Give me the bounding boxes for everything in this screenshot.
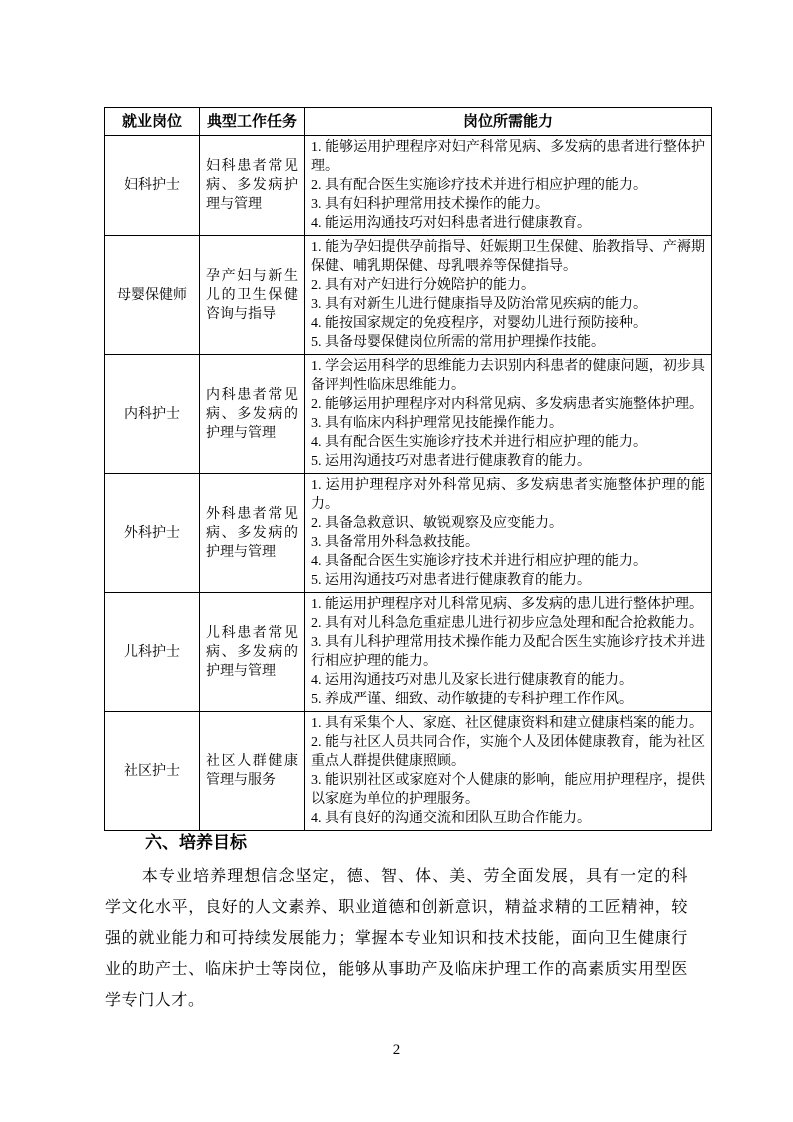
task-cell: 孕产妇与新生儿的卫生保健咨询与指导	[200, 236, 305, 355]
ability-item: 4. 能运用沟通技巧对妇科患者进行健康教育。	[311, 214, 705, 233]
position-cell: 外科护士	[105, 474, 200, 593]
column-header-position: 就业岗位	[105, 108, 200, 136]
ability-item: 2. 具有对儿科急危重症患儿进行初步应急处理和配合抢救能力。	[311, 614, 705, 633]
column-header-abilities: 岗位所需能力	[305, 108, 712, 136]
table-row: 妇科护士 妇科患者常见病、多发病护理与管理 1. 能够运用护理程序对妇产科常见病…	[105, 136, 712, 236]
abilities-cell: 1. 学会运用科学的思维能力去识别内科患者的健康问题，初步具备评判性临床思维能力…	[305, 355, 712, 474]
document-page: 就业岗位 典型工作任务 岗位所需能力 妇科护士 妇科患者常见病、多发病护理与管理…	[0, 0, 793, 1122]
position-cell: 内科护士	[105, 355, 200, 474]
training-objectives-paragraph: 本专业培养理想信念坚定，德、智、体、美、劳全面发展，具有一定的科学文化水平，良好…	[105, 861, 688, 1016]
ability-item: 1. 能够运用护理程序对妇产科常见病、多发病的患者进行整体护理。	[311, 138, 705, 176]
ability-item: 3. 具有儿科护理常用技术操作能力及配合医生实施诊疗技术并进行相应护理的能力。	[311, 633, 705, 671]
ability-item: 3. 具有临床内科护理常见技能操作能力。	[311, 414, 705, 433]
ability-item: 2. 具有配合医生实施诊疗技术并进行相应护理的能力。	[311, 176, 705, 195]
ability-item: 5. 运用沟通技巧对患者进行健康教育的能力。	[311, 452, 705, 471]
ability-item: 3. 具有妇科护理常用技术操作的能力。	[311, 195, 705, 214]
table-row: 外科护士 外科患者常见病、多发病的护理与管理 1. 运用护理程序对外科常见病、多…	[105, 474, 712, 593]
ability-item: 3. 具备常用外科急救技能。	[311, 533, 705, 552]
task-cell: 儿科患者常见病、多发病的护理与管理	[200, 593, 305, 712]
ability-item: 2. 具备急救意识、敏锐观察及应变能力。	[311, 514, 705, 533]
task-cell: 内科患者常见病、多发病的护理与管理	[200, 355, 305, 474]
table-row: 社区护士 社区人群健康管理与服务 1. 具有采集个人、家庭、社区健康资料和建立健…	[105, 712, 712, 831]
page-number: 2	[0, 1042, 793, 1059]
ability-item: 3. 具有对新生儿进行健康指导及防治常见疾病的能力。	[311, 295, 705, 314]
abilities-cell: 1. 具有采集个人、家庭、社区健康资料和建立健康档案的能力。 2. 能与社区人员…	[305, 712, 712, 831]
ability-item: 4. 运用沟通技巧对患儿及家长进行健康教育的能力。	[311, 671, 705, 690]
ability-item: 2. 具有对产妇进行分娩陪护的能力。	[311, 276, 705, 295]
task-cell: 社区人群健康管理与服务	[200, 712, 305, 831]
position-cell: 儿科护士	[105, 593, 200, 712]
employment-positions-table: 就业岗位 典型工作任务 岗位所需能力 妇科护士 妇科患者常见病、多发病护理与管理…	[104, 107, 712, 831]
table-header-row: 就业岗位 典型工作任务 岗位所需能力	[105, 108, 712, 136]
ability-item: 1. 能运用护理程序对儿科常见病、多发病的患儿进行整体护理。	[311, 595, 705, 614]
table-row: 儿科护士 儿科患者常见病、多发病的护理与管理 1. 能运用护理程序对儿科常见病、…	[105, 593, 712, 712]
ability-item: 3. 能识别社区或家庭对个人健康的影响，能应用护理程序，提供以家庭为单位的护理服…	[311, 771, 705, 809]
position-cell: 母婴保健师	[105, 236, 200, 355]
section-heading: 六、培养目标	[145, 831, 247, 855]
task-cell: 外科患者常见病、多发病的护理与管理	[200, 474, 305, 593]
ability-item: 2. 能与社区人员共同合作，实施个人及团体健康教育，能为社区重点人群提供健康照顾…	[311, 733, 705, 771]
ability-item: 4. 具有良好的沟通交流和团队互助合作能力。	[311, 809, 705, 828]
ability-item: 4. 具备配合医生实施诊疗技术并进行相应护理的能力。	[311, 552, 705, 571]
abilities-cell: 1. 能运用护理程序对儿科常见病、多发病的患儿进行整体护理。 2. 具有对儿科急…	[305, 593, 712, 712]
ability-item: 5. 运用沟通技巧对患者进行健康教育的能力。	[311, 571, 705, 590]
ability-item: 1. 学会运用科学的思维能力去识别内科患者的健康问题，初步具备评判性临床思维能力…	[311, 357, 705, 395]
position-cell: 妇科护士	[105, 136, 200, 236]
ability-item: 4. 能按国家规定的免疫程序，对婴幼儿进行预防接种。	[311, 314, 705, 333]
position-cell: 社区护士	[105, 712, 200, 831]
ability-item: 1. 具有采集个人、家庭、社区健康资料和建立健康档案的能力。	[311, 714, 705, 733]
task-cell: 妇科患者常见病、多发病护理与管理	[200, 136, 305, 236]
table-row: 内科护士 内科患者常见病、多发病的护理与管理 1. 学会运用科学的思维能力去识别…	[105, 355, 712, 474]
ability-item: 2. 能够运用护理程序对内科常见病、多发病患者实施整体护理。	[311, 395, 705, 414]
abilities-cell: 1. 能够运用护理程序对妇产科常见病、多发病的患者进行整体护理。 2. 具有配合…	[305, 136, 712, 236]
column-header-task: 典型工作任务	[200, 108, 305, 136]
ability-item: 1. 能为孕妇提供孕前指导、妊娠期卫生保健、胎教指导、产褥期保健、哺乳期保健、母…	[311, 238, 705, 276]
ability-item: 5. 养成严谨、细致、动作敏捷的专科护理工作作风。	[311, 690, 705, 709]
ability-item: 1. 运用护理程序对外科常见病、多发病患者实施整体护理的能力。	[311, 476, 705, 514]
ability-item: 5. 具备母婴保健岗位所需的常用护理操作技能。	[311, 333, 705, 352]
ability-item: 4. 具有配合医生实施诊疗技术并进行相应护理的能力。	[311, 433, 705, 452]
abilities-cell: 1. 能为孕妇提供孕前指导、妊娠期卫生保健、胎教指导、产褥期保健、哺乳期保健、母…	[305, 236, 712, 355]
table-row: 母婴保健师 孕产妇与新生儿的卫生保健咨询与指导 1. 能为孕妇提供孕前指导、妊娠…	[105, 236, 712, 355]
abilities-cell: 1. 运用护理程序对外科常见病、多发病患者实施整体护理的能力。 2. 具备急救意…	[305, 474, 712, 593]
